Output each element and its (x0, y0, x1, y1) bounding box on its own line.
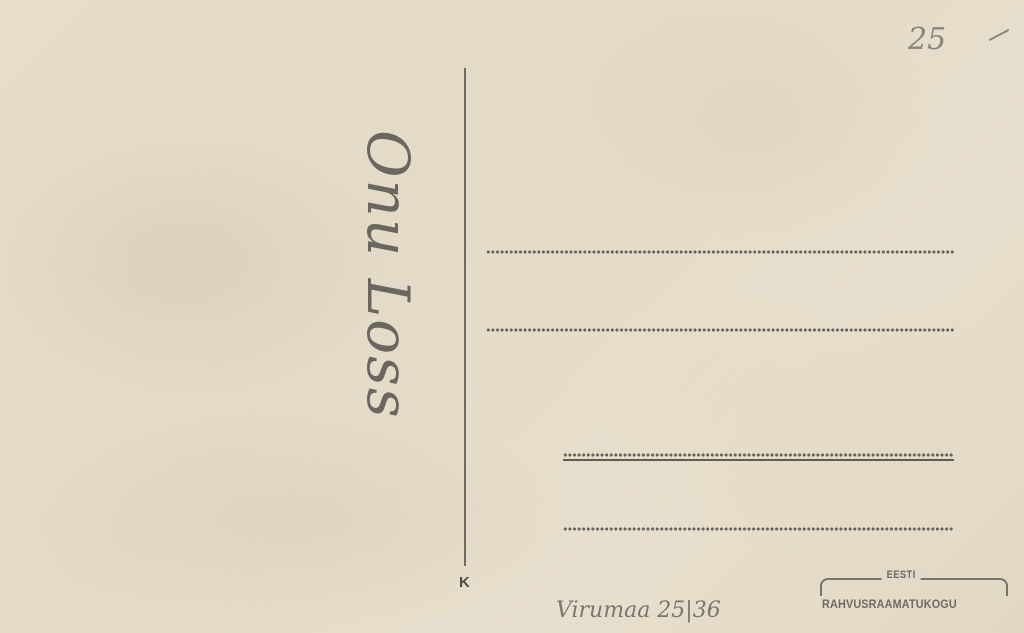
library-stamp: EESTI RAHVUSRAAMATUKOGU (818, 570, 1006, 616)
postcard-back: K Onu Loss 25 Virumaa 25|36 EESTI RAHVUS… (0, 0, 1024, 633)
handwritten-corner-number: 25 (908, 22, 946, 57)
address-line-4 (563, 527, 954, 531)
address-line-3 (563, 453, 954, 457)
stamp-top-text: EESTI (881, 569, 920, 581)
stamp-bottom-text: RAHVUSRAAMATUKOGU (822, 597, 957, 611)
pencil-dash-mark (989, 29, 1009, 41)
address-line-1 (486, 250, 954, 254)
divider-mark: K (459, 574, 470, 591)
handwritten-vertical-note: Onu Loss (358, 130, 418, 530)
center-divider-line (464, 68, 466, 566)
handwritten-bottom-note: Virumaa 25|36 (556, 598, 721, 623)
address-line-2 (486, 328, 954, 332)
address-line-3-underline (563, 459, 954, 461)
vertical-note-text: Onu Loss (354, 130, 422, 420)
